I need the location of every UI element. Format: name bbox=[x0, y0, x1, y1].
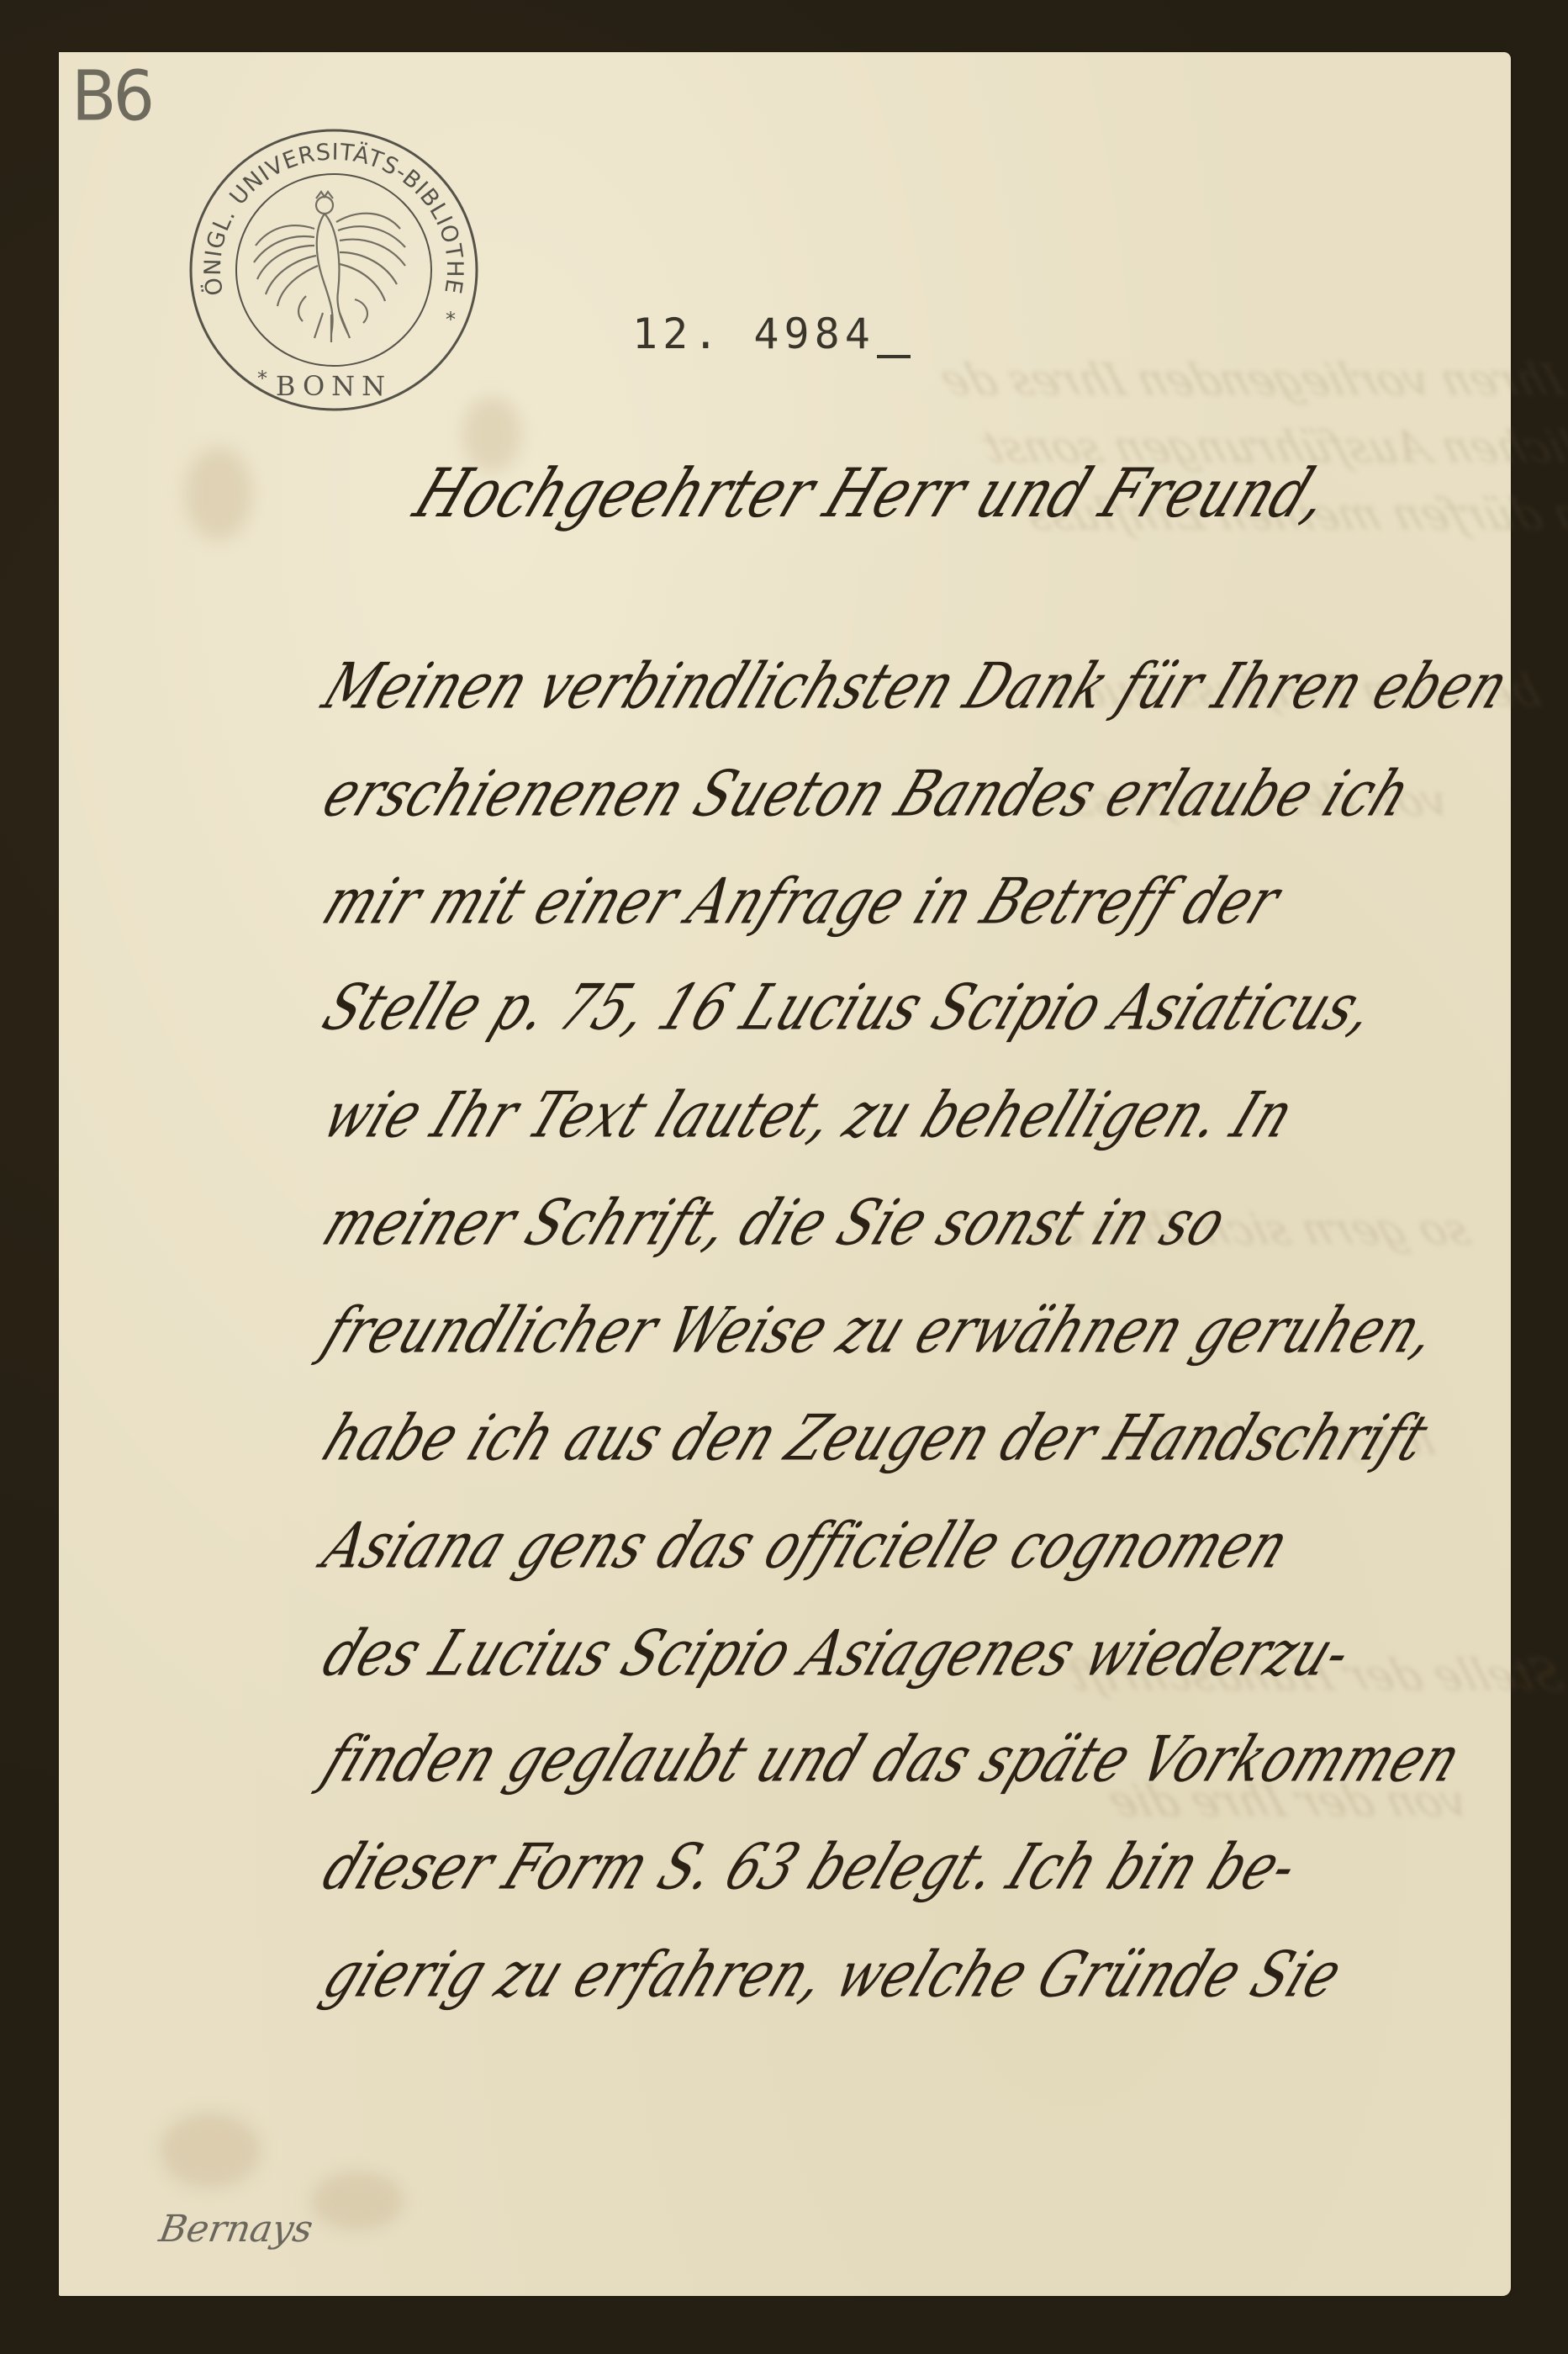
catalog-number-dash bbox=[877, 321, 911, 358]
letter-line: finden geglaubt und das späte Vorkommen bbox=[313, 1723, 1519, 1797]
stain bbox=[311, 2171, 404, 2230]
letter-line: Meinen verbindlichsten Dank für Ihren eb… bbox=[313, 650, 1519, 724]
letter-line: dieser Form S. 63 belegt. Ich bin be- bbox=[313, 1831, 1519, 1905]
eagle-icon bbox=[254, 192, 405, 342]
letter-line: freundlicher Weise zu erwähnen geruhen, bbox=[313, 1294, 1519, 1368]
letter-line: Asiana gens das officielle cognomen bbox=[313, 1510, 1519, 1584]
letter-line: Stelle p. 75, 16 Lucius Scipio Asiaticus… bbox=[313, 971, 1519, 1045]
letter-line: mir mit einer Anfrage in Betreff der bbox=[313, 865, 1519, 939]
stain bbox=[160, 2113, 261, 2188]
shelfmark: B6 bbox=[71, 57, 151, 137]
letter-line: gierig zu erfahren, welche Gründe Sie bbox=[313, 1939, 1519, 2013]
letter-line: meiner Schrift, die Sie sonst in so bbox=[313, 1187, 1519, 1261]
letter-line: habe ich aus den Zeugen der Handschrift bbox=[313, 1402, 1519, 1476]
bleed-through-text: die Ihren vorliegenden Ihres de bbox=[933, 355, 1568, 405]
stamp-bottom-text: BONN bbox=[276, 370, 392, 402]
catalog-number-text: 12. 4984 bbox=[632, 309, 875, 358]
letter-salutation: Hochgeehrter Herr und Freund, bbox=[404, 456, 1342, 534]
stain bbox=[185, 447, 252, 540]
letter-line: des Lucius Scipio Asiagenes wiederzu- bbox=[313, 1617, 1519, 1691]
catalog-number: 12. 4984 bbox=[632, 309, 911, 358]
stamp-separator-left: * bbox=[257, 367, 267, 390]
library-stamp: KÖNIGL. UNIVERSITÄTS-BIBLIOTHEK BONN * * bbox=[188, 128, 479, 412]
pencil-annotation: Bernays bbox=[156, 2208, 316, 2251]
stamp-separator-right: * bbox=[446, 308, 456, 331]
letter-line: erschienenen Sueton Bandes erlaube ich bbox=[313, 758, 1519, 832]
letter-line: wie Ihr Text lautet, zu behelligen. In bbox=[313, 1079, 1519, 1153]
